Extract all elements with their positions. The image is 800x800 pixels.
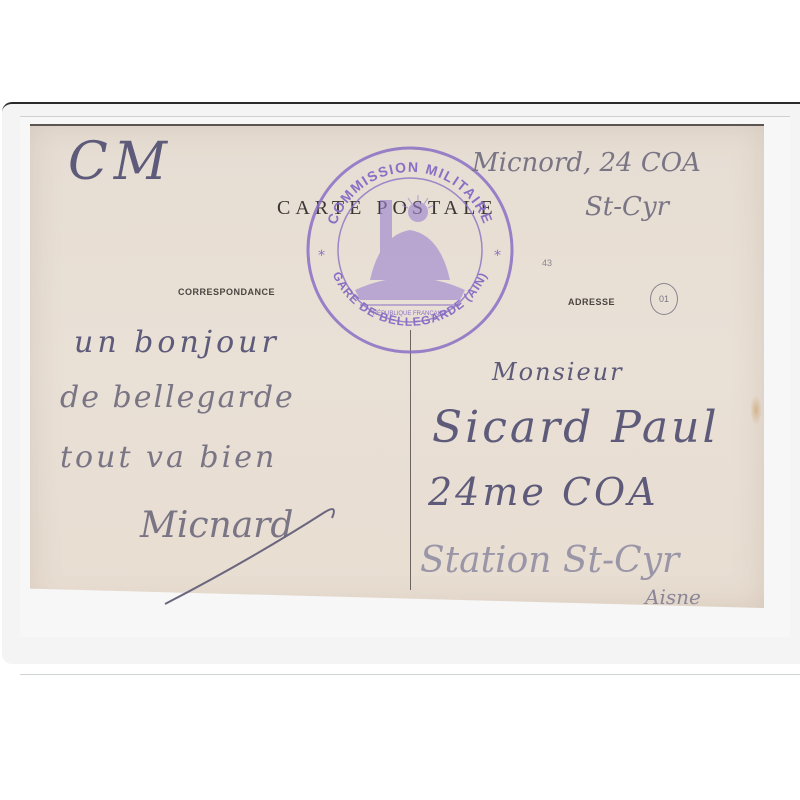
message-line-3: tout va bien [60,440,277,475]
sender-line-2: St-Cyr [585,192,669,222]
sleeve-edge [20,674,800,675]
circled-number: 01 [650,283,678,315]
message-line-1: un bonjour [74,325,280,360]
postcard-top-edge [30,124,764,126]
address-line-4: Station St-Cyr [420,540,679,581]
stain [750,395,762,425]
address-line-5: Aisne [645,585,701,609]
svg-text:*: * [318,248,325,264]
address-line-1: Monsieur [492,358,624,386]
marianne-figure-icon [355,200,465,300]
address-line-3: 24me COA [428,470,659,514]
svg-text:*: * [494,248,501,264]
small-number: 43 [542,258,552,268]
message-line-2: de bellegarde [60,380,295,415]
signature-underline [160,500,360,610]
adresse-label: ADRESSE [568,297,615,307]
address-line-2: Sicard Paul [432,402,720,453]
divider-line [410,330,411,590]
correspondance-label: CORRESPONDANCE [178,287,275,297]
svg-text:RÉPUBLIQUE FRANÇAISE: RÉPUBLIQUE FRANÇAISE [373,310,448,317]
initials: CM [68,132,173,192]
sender-line-1: Micnord, 24 COA [472,148,701,178]
